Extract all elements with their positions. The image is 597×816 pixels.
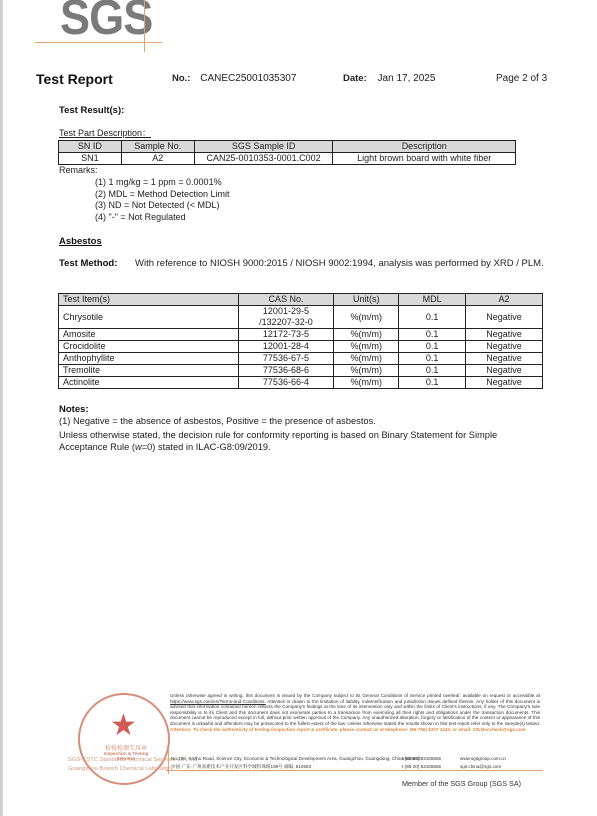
test-part-table: SN IDSample No.SGS Sample IDDescription … xyxy=(58,140,516,165)
decision-rule-text-2: =0) stated in ILAC-G8:09/2019. xyxy=(142,442,271,452)
test-part-description-label: Test Part Description： xyxy=(59,128,151,140)
column-header: A2 xyxy=(466,294,543,306)
page-indicator: Page 2 of 3 xyxy=(496,73,547,84)
report-title: Test Report xyxy=(36,71,113,87)
table-cell: Light brown board with white fiber xyxy=(333,153,516,165)
test-part-header-row: SN IDSample No.SGS Sample IDDescription xyxy=(59,141,516,153)
lab-name-line-2: Guangzhou Branch Chemical Laboratory xyxy=(68,766,173,772)
table-cell: 0.1 xyxy=(399,365,466,377)
decision-rule-note: Unless otherwise stated, the decision ru… xyxy=(59,430,539,453)
table-cell: %(m/m) xyxy=(334,341,399,353)
table-cell: CAN25-0010353-0001.C002 xyxy=(194,153,333,165)
report-date-value: Jan 17, 2025 xyxy=(378,73,436,84)
report-number-label: No.: xyxy=(172,73,190,84)
table-cell: 12172-73-5 xyxy=(238,329,334,341)
table-cell: Chrysotile xyxy=(59,306,239,329)
decision-rule-variable: w xyxy=(135,442,142,452)
remark-item: (4) "-" = Not Regulated xyxy=(95,212,229,224)
authenticity-notice: Attention: To check the authenticity of … xyxy=(170,727,526,732)
table-cell: SN1 xyxy=(59,153,122,165)
footer-rule-horizontal xyxy=(166,770,543,771)
table-cell: %(m/m) xyxy=(334,329,399,341)
test-method-label: Test Method: xyxy=(59,258,117,269)
address-english: No.198, Kezhu Road, Science City, Econom… xyxy=(171,756,421,762)
table-cell: 12001-29-5/132207-32-0 xyxy=(238,306,334,329)
report-number-value: CANEC25001035307 xyxy=(200,73,296,84)
remark-item: (2) MDL = Method Detection Limit xyxy=(95,189,229,201)
report-number: No.: CANEC25001035307 xyxy=(172,73,296,84)
table-cell: %(m/m) xyxy=(334,365,399,377)
test-method-text: With reference to NIOSH 9000:2015 / NIOS… xyxy=(135,258,545,270)
table-row: Crocidolite12001-28-4%(m/m)0.1Negative xyxy=(59,341,543,353)
notes-title: Notes: xyxy=(59,404,89,415)
disclaimer-text-1: Unless otherwise agreed in writing, this… xyxy=(170,693,540,698)
table-cell: A2 xyxy=(121,153,194,165)
remark-item: (1) 1 mg/kg = 1 ppm = 0.0001% xyxy=(95,177,229,189)
table-cell: Negative xyxy=(466,329,543,341)
table-cell: Negative xyxy=(466,341,543,353)
column-header: Description xyxy=(333,141,516,153)
table-cell: Anthophyllite xyxy=(59,353,239,365)
table-cell: Crocidolite xyxy=(59,341,239,353)
note-1: (1) Negative = the absence of asbestos, … xyxy=(59,416,376,428)
star-icon: ★ xyxy=(110,711,137,741)
table-cell: Negative xyxy=(466,353,543,365)
table-row: Anthophyllite77536-67-5%(m/m)0.1Negative xyxy=(59,353,543,365)
table-cell: 0.1 xyxy=(399,306,466,329)
table-cell: 0.1 xyxy=(399,329,466,341)
table-row: Chrysotile12001-29-5/132207-32-0%(m/m)0.… xyxy=(59,306,543,329)
remarks-list: (1) 1 mg/kg = 1 ppm = 0.0001%(2) MDL = M… xyxy=(95,177,229,223)
table-cell: 0.1 xyxy=(399,377,466,389)
column-header: MDL xyxy=(399,294,466,306)
page-left-border xyxy=(0,0,3,816)
column-header: Sample No. xyxy=(121,141,194,153)
table-cell: Amosite xyxy=(59,329,239,341)
table-row: Tremolite77536-68-6%(m/m)0.1Negative xyxy=(59,365,543,377)
logo-rule-vertical xyxy=(144,0,145,52)
table-cell: Actinolite xyxy=(59,377,239,389)
table-cell: 77536-67-5 xyxy=(238,353,334,365)
remarks-label: Remarks: xyxy=(59,165,98,177)
table-cell: Negative xyxy=(466,365,543,377)
table-cell: 0.1 xyxy=(399,353,466,365)
table-row: Actinolite77536-66-4%(m/m)0.1Negative xyxy=(59,377,543,389)
sgs-logo: SGS xyxy=(60,0,152,43)
column-header: SGS Sample ID xyxy=(194,141,333,153)
logo-rule-horizontal xyxy=(35,42,162,43)
decision-rule-text-1: Unless otherwise stated, the decision ru… xyxy=(59,430,497,452)
asbestos-header-row: Test Item(s)CAS No.Unit(s)MDLA2 xyxy=(59,294,543,306)
table-cell: 12001-28-4 xyxy=(238,341,334,353)
table-cell: 77536-68-6 xyxy=(238,365,334,377)
report-date: Date: Jan 17, 2025 xyxy=(343,73,435,84)
test-results-title: Test Result(s): xyxy=(59,105,124,116)
column-header: CAS No. xyxy=(238,294,334,306)
legal-disclaimer: Unless otherwise agreed in writing, this… xyxy=(170,693,540,732)
table-cell: %(m/m) xyxy=(334,353,399,365)
sgs-group-membership: Member of the SGS Group (SGS SA) xyxy=(402,779,521,788)
column-header: SN ID xyxy=(59,141,122,153)
remark-item: (3) ND = Not Detected (< MDL) xyxy=(95,200,229,212)
terms-link[interactable]: https://www.sgs.com/en/Terms-and-Conditi… xyxy=(170,699,266,704)
table-cell: Negative xyxy=(466,306,543,329)
table-cell: %(m/m) xyxy=(334,306,399,329)
column-header: Unit(s) xyxy=(334,294,399,306)
table-cell: 0.1 xyxy=(399,341,466,353)
asbestos-results-table: Test Item(s)CAS No.Unit(s)MDLA2 Chrysoti… xyxy=(58,293,543,389)
asbestos-section-title: Asbestos xyxy=(59,236,102,247)
table-cell: %(m/m) xyxy=(334,377,399,389)
phone-1: t (86-20) 82155555 xyxy=(402,756,441,762)
table-row: Amosite12172-73-5%(m/m)0.1Negative xyxy=(59,329,543,341)
website-link[interactable]: www.sgsgroup.com.cn xyxy=(460,756,506,762)
table-row: SN1A2CAN25-0010353-0001.C002Light brown … xyxy=(59,153,516,165)
table-cell: Tremolite xyxy=(59,365,239,377)
column-header: Test Item(s) xyxy=(59,294,239,306)
report-date-label: Date: xyxy=(343,73,367,84)
table-cell: 77536-66-4 xyxy=(238,377,334,389)
table-cell: Negative xyxy=(466,377,543,389)
